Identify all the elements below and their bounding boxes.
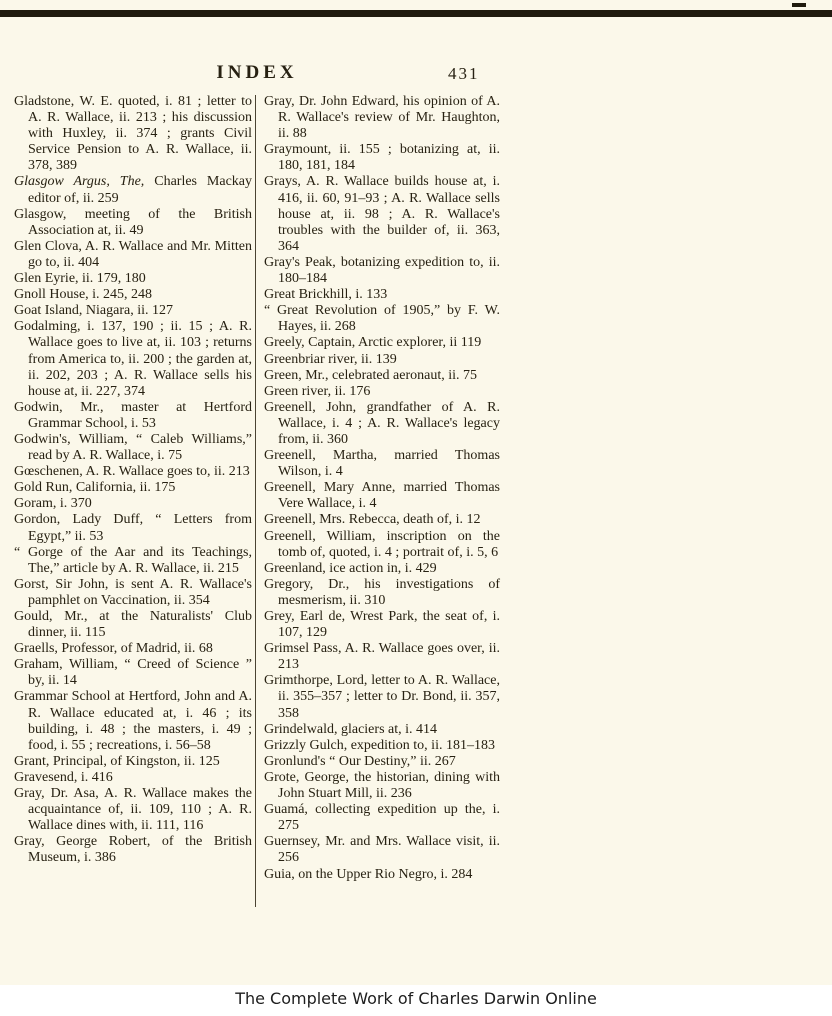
index-entry: Greely, Captain, Arctic explorer, ii 119	[264, 335, 500, 351]
index-entry: Gordon, Lady Duff, “ Letters from Egypt,…	[14, 512, 252, 544]
index-entry: Guernsey, Mr. and Mrs. Wallace visit, ii…	[264, 834, 500, 866]
index-entry: Glen Eyrie, ii. 179, 180	[14, 271, 252, 287]
index-entry: Grimsel Pass, A. R. Wallace goes over, i…	[264, 641, 500, 673]
index-entry: Greenell, Martha, married Thomas Wilson,…	[264, 448, 500, 480]
index-entry: Gray, Dr. Asa, A. R. Wallace makes the a…	[14, 786, 252, 834]
index-entry: Glen Clova, A. R. Wallace and Mr. Mitten…	[14, 239, 252, 271]
column-divider	[255, 95, 256, 907]
index-entry: Great Brickhill, i. 133	[264, 287, 500, 303]
index-entry: Grant, Principal, of Kingston, ii. 125	[14, 754, 252, 770]
footer-bar: The Complete Work of Charles Darwin Onli…	[0, 985, 832, 1016]
index-column-right: Gray, Dr. John Edward, his opinion of A.…	[264, 94, 500, 883]
index-entry: Gray, George Robert, of the British Muse…	[14, 834, 252, 866]
index-entry: Gorst, Sir John, is sent A. R. Wallace's…	[14, 577, 252, 609]
book-page-scan: INDEX 431 Gladstone, W. E. quoted, i. 81…	[0, 0, 832, 1016]
index-entry: Greenell, William, inscription on the to…	[264, 529, 500, 561]
index-entry: Greenland, ice action in, i. 429	[264, 561, 500, 577]
index-entry: Green, Mr., celebrated aeronaut, ii. 75	[264, 368, 500, 384]
index-entry: Godwin's, William, “ Caleb Williams,” re…	[14, 432, 252, 464]
index-column-left: Gladstone, W. E. quoted, i. 81 ; letter …	[14, 94, 252, 867]
index-entry: Gray's Peak, botanizing expedition to, i…	[264, 255, 500, 287]
index-entry: Greenbriar river, ii. 139	[264, 352, 500, 368]
index-entry: Grindelwald, glaciers at, i. 414	[264, 722, 500, 738]
index-entry: Glasgow, meeting of the British Associat…	[14, 207, 252, 239]
index-entry: Grote, George, the historian, dining wit…	[264, 770, 500, 802]
index-entry: Graham, William, “ Creed of Science ” by…	[14, 657, 252, 689]
footer-caption: The Complete Work of Charles Darwin Onli…	[0, 985, 832, 1008]
index-entry: Guia, on the Upper Rio Negro, i. 284	[264, 867, 500, 883]
index-entry: Grey, Earl de, Wrest Park, the seat of, …	[264, 609, 500, 641]
index-entry: Gravesend, i. 416	[14, 770, 252, 786]
index-entry: Godwin, Mr., master at Hertford Grammar …	[14, 400, 252, 432]
index-entry: Gœschenen, A. R. Wallace goes to, ii. 21…	[14, 464, 252, 480]
index-entry: Green river, ii. 176	[264, 384, 500, 400]
index-entry: Godalming, i. 137, 190 ; ii. 15 ; A. R. …	[14, 319, 252, 399]
index-entry: Greenell, John, grandfather of A. R. Wal…	[264, 400, 500, 448]
index-entry: Gronlund's “ Our Destiny,” ii. 267	[264, 754, 500, 770]
index-entry: Gnoll House, i. 245, 248	[14, 287, 252, 303]
index-entry: Grizzly Gulch, expedition to, ii. 181–18…	[264, 738, 500, 754]
index-title: INDEX	[14, 62, 500, 84]
index-entry: Grays, A. R. Wallace builds house at, i.…	[264, 174, 500, 254]
index-entry: Gregory, Dr., his investigations of mesm…	[264, 577, 500, 609]
index-entry-italic-heading: Glasgow Argus, The,	[14, 174, 144, 189]
index-entry: “ Gorge of the Aar and its Teachings, Th…	[14, 545, 252, 577]
index-entry: Goat Island, Niagara, ii. 127	[14, 303, 252, 319]
index-entry: Gray, Dr. John Edward, his opinion of A.…	[264, 94, 500, 142]
index-entry: Graymount, ii. 155 ; botanizing at, ii. …	[264, 142, 500, 174]
index-entry: Gladstone, W. E. quoted, i. 81 ; letter …	[14, 94, 252, 174]
index-entry: Glasgow Argus, The, Charles Mackay edito…	[14, 174, 252, 206]
index-entry: Greenell, Mary Anne, married Thomas Vere…	[264, 480, 500, 512]
top-rule	[0, 10, 832, 17]
index-entry: Guamá, collecting expedition up the, i. …	[264, 802, 500, 834]
index-entry: Graells, Professor, of Madrid, ii. 68	[14, 641, 252, 657]
index-entry: Gold Run, California, ii. 175	[14, 480, 252, 496]
index-entry: Gould, Mr., at the Naturalists' Club din…	[14, 609, 252, 641]
scan-artifact	[792, 3, 806, 7]
index-entry: “ Great Revolution of 1905,” by F. W. Ha…	[264, 303, 500, 335]
index-entry: Grammar School at Hertford, John and A. …	[14, 689, 252, 753]
index-entry: Grimthorpe, Lord, letter to A. R. Wallac…	[264, 673, 500, 721]
index-entry: Greenell, Mrs. Rebecca, death of, i. 12	[264, 512, 500, 528]
page-number: 431	[448, 64, 480, 84]
index-entry: Goram, i. 370	[14, 496, 252, 512]
